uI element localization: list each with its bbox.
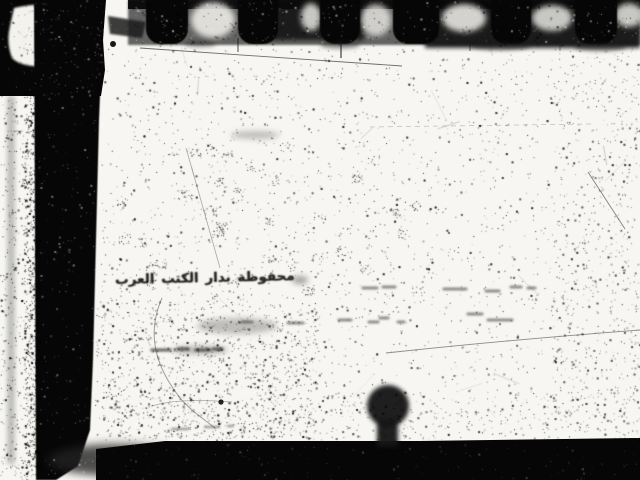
film-corner-block [0, 0, 146, 96]
sprocket-hole-row [146, 0, 617, 44]
sprocket-hole [491, 0, 531, 44]
scratch-lines [140, 48, 640, 428]
scratch-line [140, 48, 402, 66]
page-top-smudge [108, 16, 146, 38]
platen-knob-silhouette [367, 385, 409, 447]
corner-black-mass [0, 0, 106, 96]
smudge [197, 318, 277, 334]
film-band-dark-right [425, 0, 640, 48]
scan-artifacts-layer [0, 0, 640, 480]
film-band-glints [152, 2, 640, 39]
film-band-base [128, 0, 640, 45]
film-band-top-edge [128, 0, 640, 9]
sprocket-hole [393, 0, 439, 44]
faded-marks-row [152, 349, 222, 350]
film-band-dark-cluster [268, 0, 364, 40]
faded-marks-row [242, 314, 512, 323]
bottom-black-band [96, 438, 640, 480]
film-left-edge [7, 0, 104, 480]
smudge [231, 131, 279, 139]
sprocket-hole [238, 0, 278, 44]
scratch-line [588, 172, 625, 229]
ink-dot [110, 41, 116, 47]
faded-marks-row [172, 426, 233, 429]
film-grain-noise [0, 0, 640, 480]
smudges [172, 131, 308, 354]
scratch-squiggle [152, 401, 232, 406]
sprocket-hole [146, 0, 188, 44]
left-edge-shadow-stripe [7, 96, 15, 464]
bottom-band-group [48, 385, 640, 480]
corner-white-blob [8, 4, 75, 66]
film-band-bottom-blotches [184, 41, 626, 51]
scratch-line [370, 124, 592, 127]
left-black-band [34, 0, 104, 480]
sprocket-hole [320, 0, 360, 44]
film-top-band [128, 0, 640, 58]
scratch-line [386, 330, 640, 353]
microfilm-frame: محفوظة بدار الكتب العرب [0, 0, 640, 480]
library-stamp: محفوظة بدار الكتب العرب [108, 269, 302, 295]
scratch-curve [154, 298, 215, 428]
sprocket-hole [575, 0, 617, 44]
scratch-curve [186, 148, 220, 268]
faded-marks-row [363, 287, 535, 291]
bottom-band-fuzzy-left [48, 444, 188, 476]
ink-dot [218, 399, 223, 404]
smudge [172, 346, 228, 354]
faded-text-fragments [152, 287, 535, 429]
film-band-ragged-edge [238, 38, 560, 58]
